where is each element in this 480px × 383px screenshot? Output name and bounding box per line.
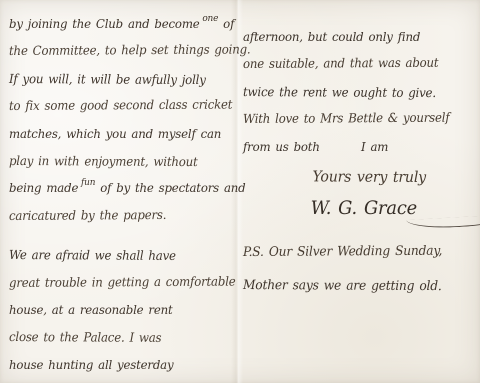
handwriting-text: the Committee, to help set things going. [9, 42, 251, 59]
postscript-line: Mother says we are getting old. [243, 269, 464, 303]
handwriting-line: If you will, it will be awfully jolly [9, 65, 223, 94]
handwriting-text: afternoon, but could only find [243, 29, 420, 44]
handwriting-text: matches, which you and myself can [9, 126, 221, 141]
handwriting-text: of [218, 16, 234, 31]
handwriting-line: caricatured by the papers. [9, 200, 223, 229]
letter-scan: by joining the Club and becomeone ofthe … [0, 0, 480, 383]
handwriting-text: one suitable, and that was about [243, 55, 439, 71]
handwriting-line: close to the Palace. I was [9, 323, 223, 352]
handwriting-line: house hunting all yesterday [9, 351, 222, 378]
handwriting-line: play in with enjoyment, without [9, 147, 223, 176]
signature-line: W. G. Grace [243, 193, 464, 225]
handwriting-line: We are afraid we shall have [9, 241, 223, 270]
handwriting-text: by joining the Club and become [9, 16, 200, 31]
handwriting-text: house hunting all yesterday [9, 357, 173, 372]
handwriting-text: I am [361, 139, 388, 154]
handwriting-text: of by the spectators and [95, 180, 245, 195]
handwriting-line: twice the rent we ought to give. [243, 78, 464, 107]
valediction-line: Yours very truly [243, 162, 464, 192]
postscript-line: P.S. Our Silver Wedding Sunday, [243, 235, 464, 269]
handwriting-text: twice the rent we ought to give. [243, 84, 436, 100]
handwriting-line: matches, which you and myself can [9, 120, 222, 147]
handwriting-text: W. G. Grace [311, 197, 417, 219]
handwriting-line: being madefun of by the spectators and [9, 174, 222, 201]
handwriting-text: P.S. Our Silver Wedding Sunday, [243, 244, 442, 260]
handwriting-line: house, at a reasonable rent [9, 296, 222, 323]
signature-flourish [406, 214, 480, 230]
handwriting-text: We are afraid we shall have [9, 247, 176, 263]
handwriting-text: being made [9, 180, 78, 195]
handwriting-text: close to the Palace. I was [9, 329, 161, 345]
handwriting-text: play in with enjoyment, without [9, 153, 198, 169]
handwriting-line: great trouble in getting a comfortable [9, 267, 223, 296]
handwriting-text: With love to Mrs Bettle & yourself [243, 110, 450, 126]
handwriting-line: afternoon, but could only find [243, 23, 464, 50]
handwriting-text: Yours very truly [313, 167, 426, 186]
handwriting-line: from us bothI am [243, 133, 464, 160]
inserted-word: one [202, 13, 218, 24]
handwriting-text: to fix some good second class cricket [9, 97, 232, 113]
handwriting-text: Mother says we are getting old. [243, 278, 442, 294]
handwriting-text: If you will, it will be awfully jolly [9, 71, 206, 87]
handwriting-line: by joining the Club and becomeone of [9, 10, 222, 37]
handwriting-line: to fix some good second class cricket [9, 91, 223, 120]
handwriting-line: the Committee, to help set things going. [9, 36, 223, 65]
handwriting-line: With love to Mrs Bettle & yourself [243, 104, 464, 133]
handwriting-text: house, at a reasonable rent [9, 302, 173, 317]
handwriting-text: from us both [243, 139, 320, 154]
inserted-word: fun [81, 177, 95, 188]
letter-page-left: by joining the Club and becomeone ofthe … [0, 0, 240, 383]
handwriting-text: caricatured by the papers. [9, 207, 166, 223]
handwriting-line: one suitable, and that was about [243, 49, 464, 78]
handwriting-text: great trouble in getting a comfortable [9, 273, 236, 289]
letter-page-right: afternoon, but could only findone suitab… [240, 0, 480, 383]
